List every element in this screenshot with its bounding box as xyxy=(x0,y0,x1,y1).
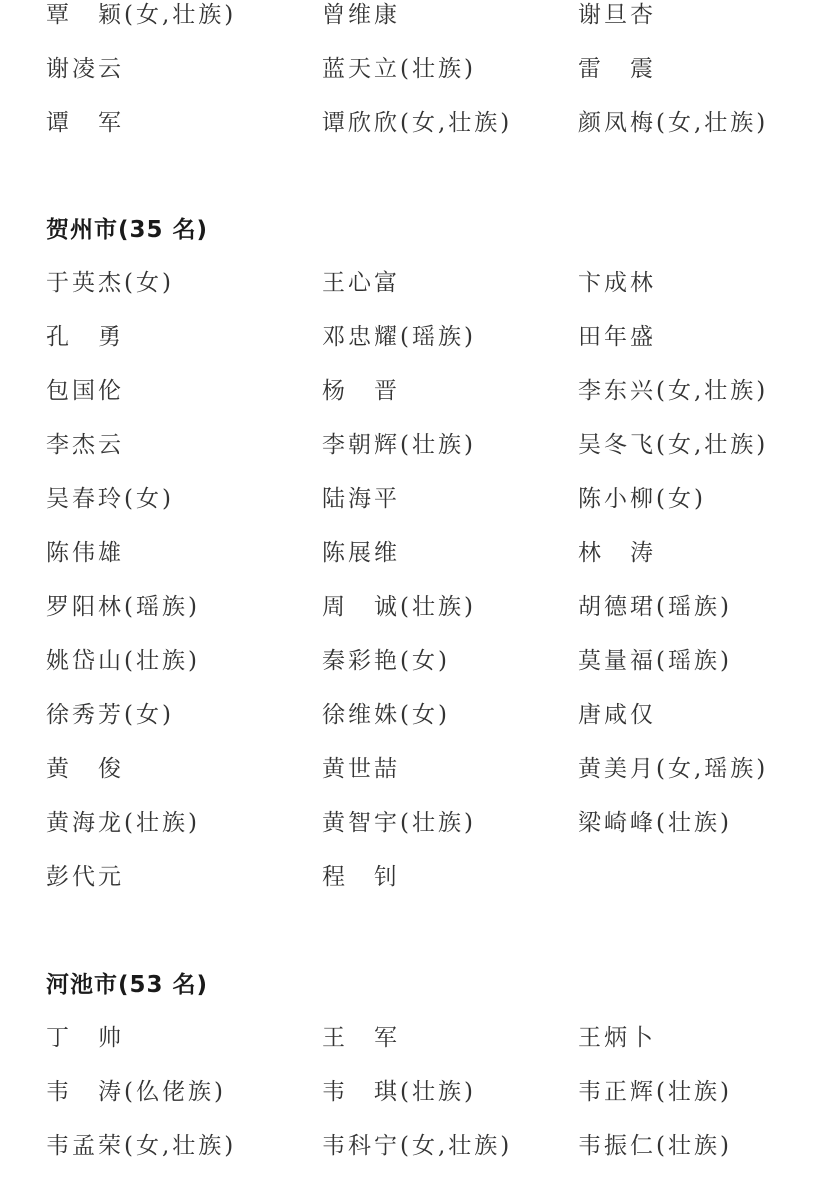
table-row: 孔 勇 邓忠耀(瑶族) 田年盛 xyxy=(0,322,824,362)
name-entry: 谭欣欣(女,壮族) xyxy=(322,108,512,138)
section-heading-hechi: 河池市(53 名) xyxy=(46,969,208,1001)
name-entry: 黄智宇(壮族) xyxy=(322,808,476,838)
table-row: 韦 涛(仫佬族) 韦 琪(壮族) 韦正辉(壮族) xyxy=(0,1077,824,1117)
name-entry: 姚岱山(壮族) xyxy=(46,646,200,676)
name-entry: 徐维姝(女) xyxy=(322,700,450,730)
name-entry: 孔 勇 xyxy=(46,322,124,352)
name-entry: 徐秀芳(女) xyxy=(46,700,174,730)
name-entry: 邓忠耀(瑶族) xyxy=(322,322,476,352)
name-entry: 吴春玲(女) xyxy=(46,484,174,514)
name-entry: 梁崎峰(壮族) xyxy=(578,808,732,838)
name-entry: 谭 军 xyxy=(46,108,124,138)
name-entry: 秦彩艳(女) xyxy=(322,646,450,676)
name-entry: 陈伟雄 xyxy=(46,538,124,568)
name-entry: 黄美月(女,瑶族) xyxy=(578,754,768,784)
table-row: 于英杰(女) 王心富 卞成林 xyxy=(0,268,824,308)
table-row: 谢凌云 蓝天立(壮族) 雷 震 xyxy=(0,54,824,94)
name-entry: 雷 震 xyxy=(578,54,656,84)
name-entry: 王心富 xyxy=(322,268,400,298)
section-heading-hezhou: 贺州市(35 名) xyxy=(46,214,208,246)
name-entry: 谢旦杏 xyxy=(578,0,656,30)
name-entry: 王 军 xyxy=(322,1023,400,1053)
name-entry: 曾维康 xyxy=(322,0,400,30)
name-entry: 韦 涛(仫佬族) xyxy=(46,1077,226,1107)
table-row: 黄 俊 黄世喆 黄美月(女,瑶族) xyxy=(0,754,824,794)
name-entry: 陈小柳(女) xyxy=(578,484,706,514)
table-row: 陈伟雄 陈展维 林 涛 xyxy=(0,538,824,578)
name-entry: 颜凤梅(女,壮族) xyxy=(578,108,768,138)
name-entry: 蓝天立(壮族) xyxy=(322,54,476,84)
name-entry: 唐咸仅 xyxy=(578,700,656,730)
name-entry: 李杰云 xyxy=(46,430,124,460)
table-row: 丁 帅 王 军 王炳卜 xyxy=(0,1023,824,1063)
name-entry: 于英杰(女) xyxy=(46,268,174,298)
name-entry: 程 钊 xyxy=(322,862,400,892)
name-entry: 杨 晋 xyxy=(322,376,400,406)
name-entry: 韦科宁(女,壮族) xyxy=(322,1131,512,1161)
name-entry: 陈展维 xyxy=(322,538,400,568)
name-entry: 韦孟荣(女,壮族) xyxy=(46,1131,236,1161)
name-entry: 周 诚(壮族) xyxy=(322,592,476,622)
name-entry: 黄 俊 xyxy=(46,754,124,784)
table-row: 姚岱山(壮族) 秦彩艳(女) 莫量福(瑶族) xyxy=(0,646,824,686)
name-entry: 黄海龙(壮族) xyxy=(46,808,200,838)
table-row: 韦孟荣(女,壮族) 韦科宁(女,壮族) 韦振仁(壮族) xyxy=(0,1131,824,1171)
name-entry: 覃 颖(女,壮族) xyxy=(46,0,236,30)
table-row: 谭 军 谭欣欣(女,壮族) 颜凤梅(女,壮族) xyxy=(0,108,824,148)
table-row: 彭代元 程 钊 xyxy=(0,862,824,902)
name-entry: 陆海平 xyxy=(322,484,400,514)
name-entry: 林 涛 xyxy=(578,538,656,568)
table-row: 罗阳林(瑶族) 周 诚(壮族) 胡德珺(瑶族) xyxy=(0,592,824,632)
name-entry: 莫量福(瑶族) xyxy=(578,646,732,676)
table-row: 包国伦 杨 晋 李东兴(女,壮族) xyxy=(0,376,824,416)
name-entry: 吴冬飞(女,壮族) xyxy=(578,430,768,460)
name-entry: 黄世喆 xyxy=(322,754,400,784)
name-entry: 田年盛 xyxy=(578,322,656,352)
name-entry: 包国伦 xyxy=(46,376,124,406)
name-entry: 王炳卜 xyxy=(578,1023,656,1053)
table-row: 李杰云 李朝辉(壮族) 吴冬飞(女,壮族) xyxy=(0,430,824,470)
name-entry: 卞成林 xyxy=(578,268,656,298)
table-row: 徐秀芳(女) 徐维姝(女) 唐咸仅 xyxy=(0,700,824,740)
name-entry: 李东兴(女,壮族) xyxy=(578,376,768,406)
table-row: 吴春玲(女) 陆海平 陈小柳(女) xyxy=(0,484,824,524)
name-entry: 韦正辉(壮族) xyxy=(578,1077,732,1107)
name-entry: 罗阳林(瑶族) xyxy=(46,592,200,622)
table-row: 黄海龙(壮族) 黄智宇(壮族) 梁崎峰(壮族) xyxy=(0,808,824,848)
name-entry: 韦 琪(壮族) xyxy=(322,1077,476,1107)
name-entry: 李朝辉(壮族) xyxy=(322,430,476,460)
name-entry: 谢凌云 xyxy=(46,54,124,84)
name-entry: 彭代元 xyxy=(46,862,124,892)
table-row: 覃 颖(女,壮族) 曾维康 谢旦杏 xyxy=(0,0,824,40)
name-entry: 胡德珺(瑶族) xyxy=(578,592,732,622)
name-entry: 丁 帅 xyxy=(46,1023,124,1053)
name-entry: 韦振仁(壮族) xyxy=(578,1131,732,1161)
